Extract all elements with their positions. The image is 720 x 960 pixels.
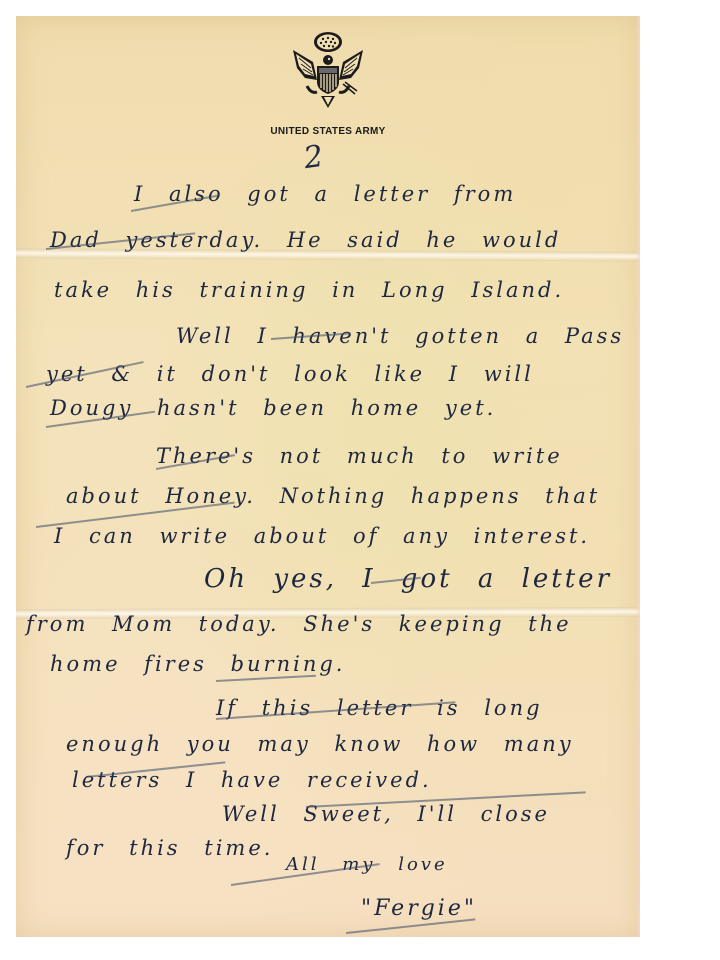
letter-signature: "Fergie"	[361, 896, 477, 921]
letter-paper: UNITED STATES ARMY 2 I also got a letter…	[16, 16, 640, 937]
paper-edge	[636, 16, 640, 937]
page-number: 2	[302, 139, 326, 176]
organization-name: UNITED STATES ARMY	[16, 126, 640, 137]
letterhead: UNITED STATES ARMY	[16, 28, 640, 137]
letter-line: There's not much to write	[156, 444, 563, 468]
letter-line: enough you may know how many	[66, 732, 574, 756]
great-seal-eagle-icon	[283, 28, 373, 112]
letter-line: Well Sweet, I'll close	[222, 802, 550, 826]
letter-line: take his training in Long Island.	[54, 278, 564, 302]
letter-line: about Honey. Nothing happens that	[66, 484, 600, 508]
page: UNITED STATES ARMY 2 I also got a letter…	[0, 0, 720, 960]
letter-line: from Mom today. She's keeping the	[26, 612, 572, 636]
letter-line: for this time.	[66, 836, 273, 860]
letter-line: I also got a letter from	[134, 182, 516, 206]
letter-line: home fires burning.	[50, 652, 345, 676]
letter-line: I can write about of any interest.	[54, 524, 590, 548]
letter-line: Well I haven't gotten a Pass	[176, 324, 624, 348]
